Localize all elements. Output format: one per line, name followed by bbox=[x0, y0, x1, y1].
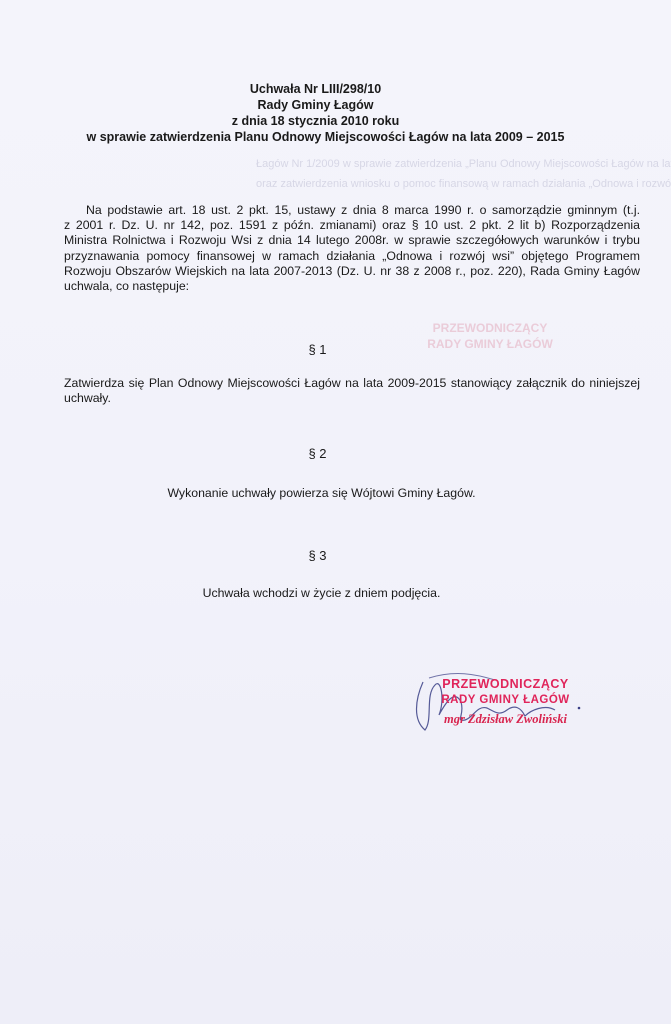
bleed-stamp-line: PRZEWODNICZĄCY bbox=[433, 321, 548, 335]
preamble-line: Rozwoju Obszarów Wiejskich na lata 2007-… bbox=[64, 264, 640, 279]
stamp-title: PRZEWODNICZĄCY bbox=[418, 676, 593, 692]
resolution-number: Uchwała Nr LIII/298/10 bbox=[0, 81, 651, 97]
scanned-page: Łagów Nr 1/2009 w sprawie zatwierdzenia … bbox=[0, 0, 671, 1024]
bleed-through-text: Łagów Nr 1/2009 w sprawie zatwierdzenia … bbox=[256, 158, 671, 170]
section-1-text: Zatwierdza się Plan Odnowy Miejscowości … bbox=[64, 376, 640, 406]
council-name: Rady Gminy Łagów bbox=[0, 97, 651, 113]
chairman-stamp: PRZEWODNICZĄCY RADY GMINY ŁAGÓW mgr Zdzi… bbox=[418, 676, 593, 727]
preamble-line: uchwala, co następuje: bbox=[64, 279, 640, 294]
preamble-line: Ministra Rolnictwa i Rozwoju Wsi z dnia … bbox=[64, 233, 640, 248]
section-2-text: Wykonanie uchwały powierza się Wójtowi G… bbox=[0, 486, 657, 500]
section-3-text: Uchwała wchodzi w życie z dniem podjęcia… bbox=[0, 586, 657, 600]
bleed-through-text: oraz zatwierdzenia wniosku o pomoc finan… bbox=[256, 178, 671, 190]
resolution-date: z dnia 18 stycznia 2010 roku bbox=[0, 113, 651, 129]
section-1-line: Zatwierdza się Plan Odnowy Miejscowości … bbox=[64, 376, 640, 391]
preamble-line: przyznawania pomocy finansowej w ramach … bbox=[64, 249, 640, 264]
preamble-line: z 2001 r. Dz. U. nr 142, poz. 1591 z póź… bbox=[64, 218, 640, 233]
stamp-council: RADY GMINY ŁAGÓW bbox=[418, 692, 593, 708]
stamp-name: mgr Zdzisław Zwoliński bbox=[418, 712, 593, 727]
section-1-line: uchwały. bbox=[64, 391, 640, 406]
preamble-line: Na podstawie art. 18 ust. 2 pkt. 15, ust… bbox=[64, 203, 640, 218]
section-1-heading: § 1 bbox=[0, 342, 653, 357]
section-3-heading: § 3 bbox=[0, 548, 653, 563]
preamble: Na podstawie art. 18 ust. 2 pkt. 15, ust… bbox=[64, 203, 640, 294]
section-2-heading: § 2 bbox=[0, 446, 653, 461]
resolution-subject: w sprawie zatwierdzenia Planu Odnowy Mie… bbox=[0, 129, 661, 145]
